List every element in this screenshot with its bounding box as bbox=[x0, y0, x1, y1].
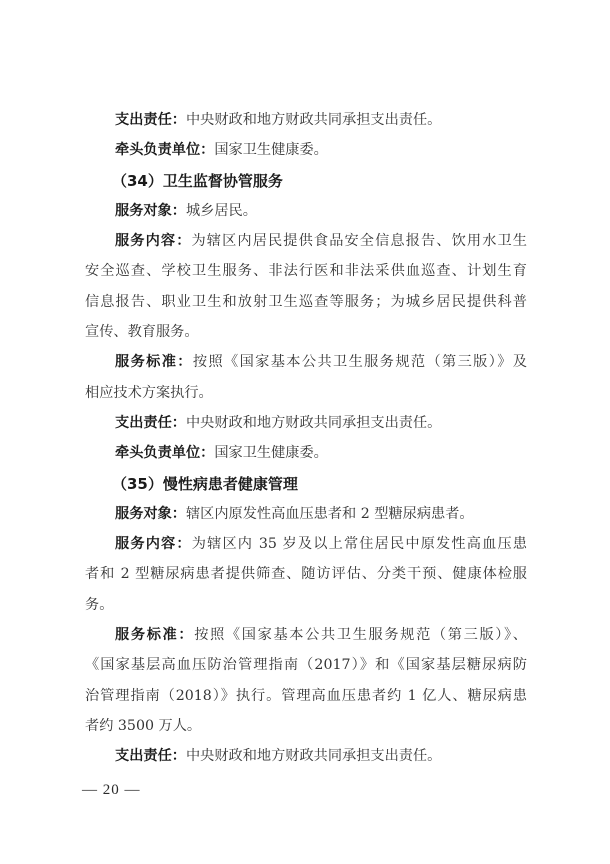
field-value: 为辖区内居民提供食品安全信息报告、饮用水卫生 bbox=[192, 233, 527, 249]
service-content-line: 宣传、教育服务。 bbox=[85, 317, 527, 347]
service-standard-line: 相应技术方案执行。 bbox=[85, 378, 527, 408]
field-label: 服务标准： bbox=[115, 354, 193, 370]
service-target-line: 服务对象：城乡居民。 bbox=[85, 196, 527, 226]
expense-responsibility-line: 支出责任：中央财政和地方财政共同承担支出责任。 bbox=[85, 741, 527, 771]
service-standard-line: 治管理指南（2018）》执行。管理高血压患者约 1 亿人、糖尿病患 bbox=[85, 681, 527, 711]
lead-unit-line: 牵头负责单位：国家卫生健康委。 bbox=[85, 438, 527, 468]
lead-unit-line: 牵头负责单位：国家卫生健康委。 bbox=[85, 135, 527, 165]
service-content-line: 服务内容：为辖区内 35 岁及以上常住居民中原发性高血压患 bbox=[85, 529, 527, 559]
field-label: 支出责任： bbox=[115, 415, 186, 431]
section-heading-34: （34）卫生监督协管服务 bbox=[85, 166, 527, 196]
service-content-line: 务。 bbox=[85, 590, 527, 620]
field-label: 服务标准： bbox=[115, 627, 194, 643]
service-standard-line: 者约 3500 万人。 bbox=[85, 711, 527, 741]
field-value: 按照《国家基本公共卫生服务规范（第三版）》及 bbox=[193, 354, 527, 370]
document-body: 支出责任：中央财政和地方财政共同承担支出责任。 牵头负责单位：国家卫生健康委。 … bbox=[85, 105, 527, 772]
field-value: 中央财政和地方财政共同承担支出责任。 bbox=[186, 748, 441, 764]
field-label: 服务内容： bbox=[115, 536, 192, 552]
service-standard-line: 服务标准：按照《国家基本公共卫生服务规范（第三版）》及 bbox=[85, 347, 527, 377]
field-label: 服务对象： bbox=[115, 203, 186, 219]
field-value: 国家卫生健康委。 bbox=[214, 445, 328, 461]
expense-responsibility-line: 支出责任：中央财政和地方财政共同承担支出责任。 bbox=[85, 105, 527, 135]
field-value: 辖区内原发性高血压患者和 2 型糖尿病患者。 bbox=[186, 506, 474, 522]
service-content-line: 安全巡查、学校卫生服务、非法行医和非法采供血巡查、计划生育 bbox=[85, 256, 527, 286]
field-value: 国家卫生健康委。 bbox=[214, 142, 328, 158]
field-value: 城乡居民。 bbox=[186, 203, 257, 219]
field-label: 支出责任： bbox=[115, 748, 186, 764]
page-number: — 20 — bbox=[82, 782, 141, 799]
service-standard-line: 《国家基层高血压防治管理指南（2017）》和《国家基层糖尿病防 bbox=[85, 650, 527, 680]
field-value: 按照《国家基本公共卫生服务规范（第三版）》、 bbox=[194, 627, 527, 643]
field-label: 服务内容： bbox=[115, 233, 192, 249]
field-value: 中央财政和地方财政共同承担支出责任。 bbox=[186, 112, 441, 128]
field-value: 中央财政和地方财政共同承担支出责任。 bbox=[186, 415, 441, 431]
section-heading-35: （35）慢性病患者健康管理 bbox=[85, 469, 527, 499]
document-page: 支出责任：中央财政和地方财政共同承担支出责任。 牵头负责单位：国家卫生健康委。 … bbox=[0, 0, 610, 864]
service-target-line: 服务对象：辖区内原发性高血压患者和 2 型糖尿病患者。 bbox=[85, 499, 527, 529]
field-label: 服务对象： bbox=[115, 506, 186, 522]
expense-responsibility-line: 支出责任：中央财政和地方财政共同承担支出责任。 bbox=[85, 408, 527, 438]
field-label: 牵头负责单位： bbox=[115, 142, 214, 158]
service-standard-line: 服务标准：按照《国家基本公共卫生服务规范（第三版）》、 bbox=[85, 620, 527, 650]
field-label: 牵头负责单位： bbox=[115, 445, 214, 461]
service-content-line: 者和 2 型糖尿病患者提供筛查、随访评估、分类干预、健康体检服 bbox=[85, 559, 527, 589]
service-content-line: 信息报告、职业卫生和放射卫生巡查等服务；为城乡居民提供科普 bbox=[85, 287, 527, 317]
field-value: 为辖区内 35 岁及以上常住居民中原发性高血压患 bbox=[192, 536, 527, 552]
service-content-line: 服务内容：为辖区内居民提供食品安全信息报告、饮用水卫生 bbox=[85, 226, 527, 256]
field-label: 支出责任： bbox=[115, 112, 186, 128]
